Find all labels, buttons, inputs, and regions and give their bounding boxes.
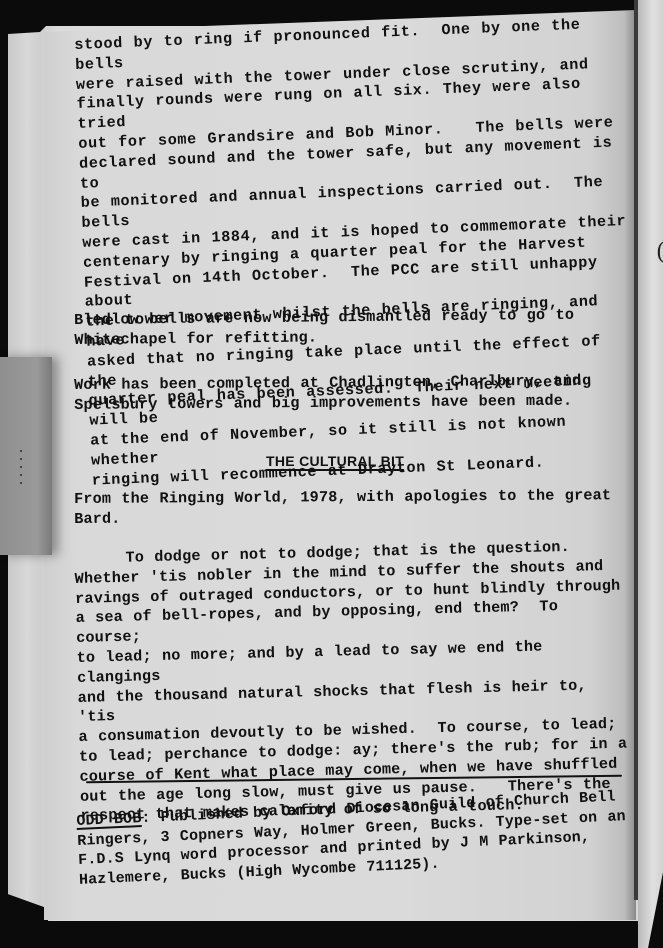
parody-paragraph: To dodge or not to dodge; that is the qu… [74, 537, 631, 828]
binder-tab [0, 357, 52, 555]
page-content: stood by to ring if pronounced fit. One … [74, 20, 624, 491]
footer-label: ODD BOB [76, 810, 142, 830]
tower-report-paragraph: stood by to ring if pronounced fit. One … [74, 14, 642, 491]
bledlow-paragraph: Bledlow bells are now being dismantled r… [74, 306, 574, 351]
binder-tab-marks [20, 450, 22, 486]
facing-page [638, 0, 663, 948]
section-heading: THE CULTURAL BIT [266, 452, 404, 472]
work-completed-paragraph: Work has been completed at Chadlington, … [74, 372, 582, 416]
section-intro: From the Ringing World, 1978, with apolo… [74, 486, 611, 529]
facing-page-mark: ( [656, 240, 663, 265]
